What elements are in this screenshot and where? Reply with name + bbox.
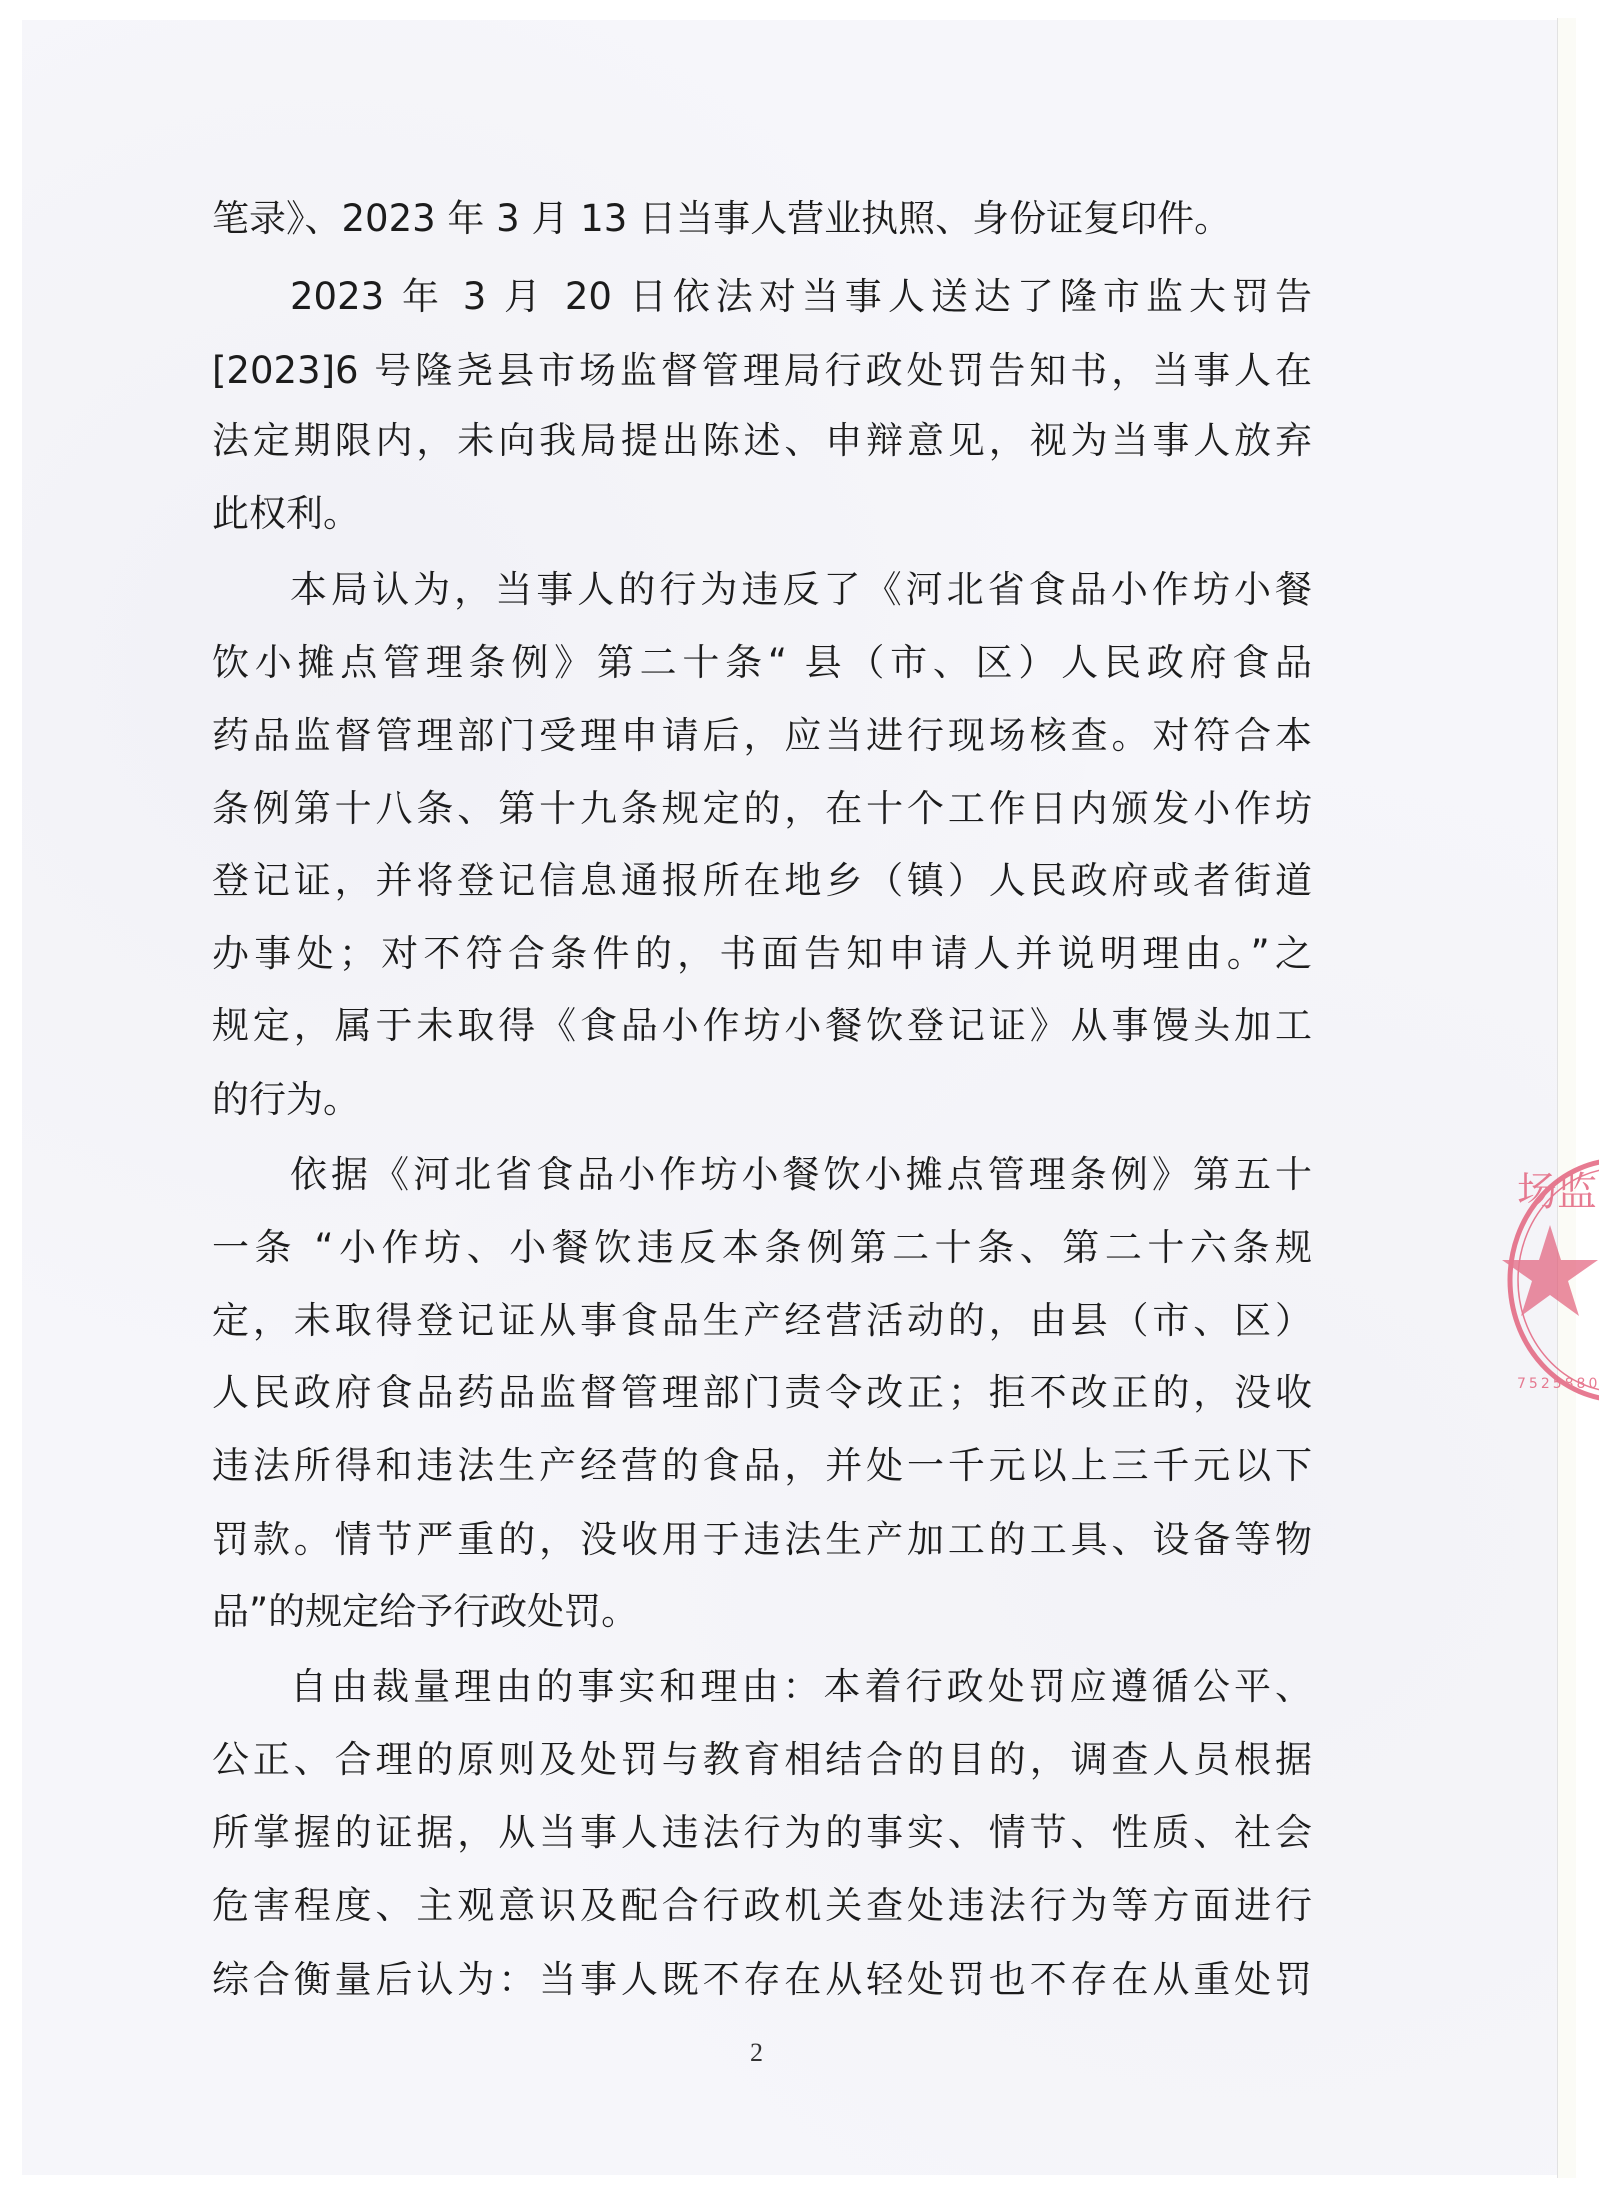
text-line: 定，未取得登记证从事食品生产经营活动的，由县（市、区）	[212, 1298, 1312, 1344]
text-line: 罚款。情节严重的，没收用于违法生产加工的工具、设备等物	[212, 1517, 1312, 1563]
text-line: 人民政府食品药品监督管理部门责令改正；拒不改正的，没收	[212, 1370, 1312, 1416]
page-number: 2	[750, 2038, 763, 2068]
text-line: 品”的规定给予行政处罚。	[212, 1589, 638, 1635]
text-line: 公正、合理的原则及处罚与教育相结合的目的，调查人员根据	[212, 1737, 1312, 1783]
text-line: 综合衡量后认为：当事人既不存在从轻处罚也不存在从重处罚	[212, 1957, 1312, 2003]
text-line: 违法所得和违法生产经营的食品，并处一千元以上三千元以下	[212, 1443, 1312, 1489]
text-line: 危害程度、主观意识及配合行政机关查处违法行为等方面进行	[212, 1883, 1312, 1929]
text-line: 自由裁量理由的事实和理由：本着行政处罚应遵循公平、	[290, 1664, 1312, 1710]
text-line: 药品监督管理部门受理申请后，应当进行现场核查。对符合本	[212, 713, 1312, 759]
text-line: 依据《河北省食品小作坊小餐饮小摊点管理条例》第五十	[290, 1152, 1312, 1198]
seal-number: 75258809	[1517, 1376, 1599, 1392]
text-line: 笔录》、2023 年 3 月 13 日当事人营业执照、身份证复印件。	[212, 196, 1231, 242]
text-line: 条例第十八条、第十九条规定的，在十个工作日内颁发小作坊	[212, 786, 1312, 832]
text-line: 此权利。	[212, 491, 360, 537]
scan-edge	[1557, 18, 1576, 2178]
text-line: 办事处；对不符合条件的，书面告知申请人并说明理由。”之	[212, 931, 1312, 977]
text-line: 2023 年 3 月 20 日依法对当事人送达了隆市监大罚告	[290, 274, 1312, 320]
seal-text: 场监	[1517, 1169, 1597, 1215]
text-line: 的行为。	[212, 1077, 360, 1123]
text-line: 本局认为，当事人的行为违反了《河北省食品小作坊小餐	[290, 567, 1312, 613]
text-line: 法定期限内，未向我局提出陈述、申辩意见，视为当事人放弃	[212, 418, 1312, 464]
text-line: 规定，属于未取得《食品小作坊小餐饮登记证》从事馒头加工	[212, 1003, 1312, 1049]
text-line: 登记证，并将登记信息通报所在地乡（镇）人民政府或者街道	[212, 858, 1312, 904]
text-line: 一条 “小作坊、小餐饮违反本条例第二十条、第二十六条规	[212, 1225, 1312, 1271]
text-line: [2023]6 号隆尧县市场监督管理局行政处罚告知书，当事人在	[212, 348, 1312, 394]
official-seal: 场监 75258809	[1455, 1130, 1599, 1430]
text-line: 饮小摊点管理条例》第二十条“ 县（市、区）人民政府食品	[212, 640, 1312, 686]
text-line: 所掌握的证据，从当事人违法行为的事实、情节、性质、社会	[212, 1810, 1312, 1856]
